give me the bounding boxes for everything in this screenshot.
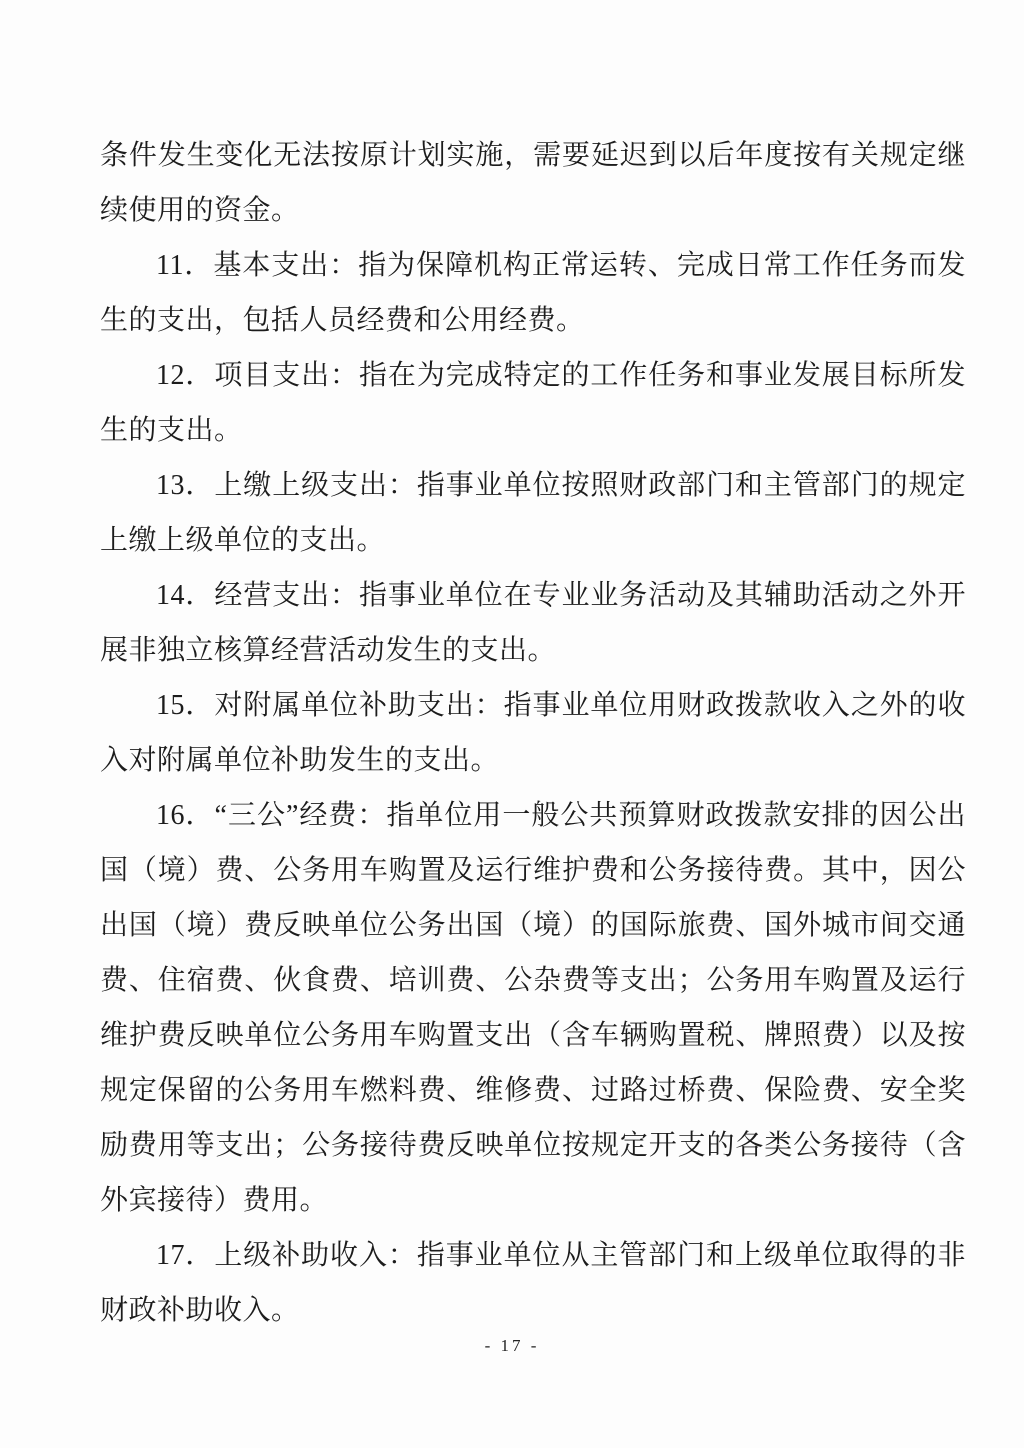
paragraph-item-15-subsidy-to-affiliates: 15．对附属单位补助支出：指事业单位用财政拨款收入之外的收入对附属单位补助发生的… (100, 678, 966, 788)
document-body: 条件发生变化无法按原计划实施，需要延迟到以后年度按有关规定继续使用的资金。 11… (100, 128, 966, 1338)
document-page: 条件发生变化无法按原计划实施，需要延迟到以后年度按有关规定继续使用的资金。 11… (0, 0, 1024, 1448)
paragraph-item-12-project-expenditure: 12．项目支出：指在为完成特定的工作任务和事业发展目标所发生的支出。 (100, 348, 966, 458)
paragraph-item-13-payment-to-superior: 13．上缴上级支出：指事业单位按照财政部门和主管部门的规定上缴上级单位的支出。 (100, 458, 966, 568)
paragraph-item-17-superior-subsidy-income: 17．上级补助收入：指事业单位从主管部门和上级单位取得的非财政补助收入。 (100, 1228, 966, 1338)
paragraph-item-14-operating-expenditure: 14．经营支出：指事业单位在专业业务活动及其辅助活动之外开展非独立核算经营活动发… (100, 568, 966, 678)
page-number: - 17 - (0, 1336, 1024, 1356)
paragraph-item-11-basic-expenditure: 11．基本支出：指为保障机构正常运转、完成日常工作任务而发生的支出，包括人员经费… (100, 238, 966, 348)
paragraph-item-16-three-public-funds: 16．“三公”经费：指单位用一般公共预算财政拨款安排的因公出国（境）费、公务用车… (100, 788, 966, 1228)
paragraph-carryover-funds-continuation: 条件发生变化无法按原计划实施，需要延迟到以后年度按有关规定继续使用的资金。 (100, 128, 966, 238)
